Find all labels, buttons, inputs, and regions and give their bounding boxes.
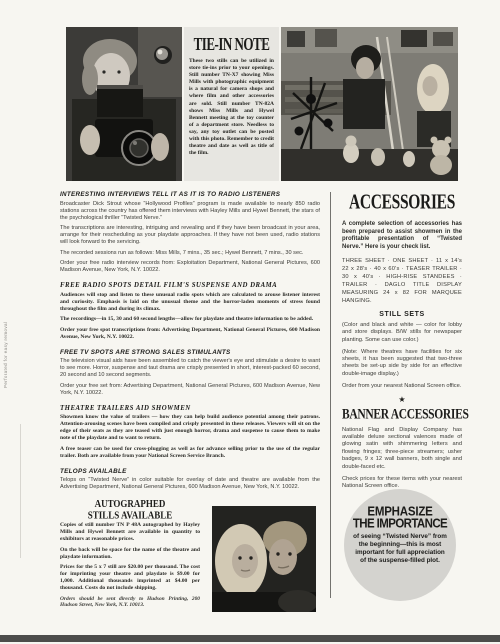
toy-counter-still-illustration <box>281 27 458 181</box>
accessories-checklist: THREE SHEET · ONE SHEET · 11 x 14's 22 x… <box>342 257 462 305</box>
section-heading: TELOPS AVAILABLE <box>60 468 320 475</box>
page-bottom-edge <box>0 635 500 642</box>
tie-in-note-panel: TIE-IN NOTE These two stills can be util… <box>184 27 279 181</box>
camera-still-illustration <box>66 27 182 181</box>
still-sets-heading: STILL SETS <box>342 311 462 318</box>
stars-closeup-illustration <box>212 506 316 612</box>
section-paragraph: On the back will be space for the name o… <box>60 547 200 561</box>
fold-line <box>20 424 21 558</box>
section-heading: FREE TV SPOTS ARE STRONG SALES STIMULANT… <box>60 349 320 356</box>
section-paragraph: The television visual aids have been ass… <box>60 358 320 379</box>
section-paragraph: A free teaser can be used for cross-plug… <box>60 446 320 460</box>
left-column: INTERESTING INTERVIEWS TELL IT AS IT IS … <box>60 191 320 623</box>
still-sets-paragraph: (Note: Where theatres have facilities fo… <box>342 349 462 379</box>
accessories-intro: A complete selection of accessories has … <box>342 221 462 252</box>
section-paragraph: The recordings—in 15, 30 and 60 second l… <box>60 316 320 323</box>
right-column: ACCESSORIES A complete selection of acce… <box>342 191 462 491</box>
order-note: Orders should be sent directly to Hudson… <box>60 596 200 610</box>
emphasis-body: of seeing “Twisted Nerve” from the begin… <box>344 531 456 565</box>
section-paragraph: Telops on “Twisted Nerve” in color suita… <box>60 477 320 491</box>
still-photo-toy-counter <box>281 27 458 181</box>
section-autographed-stills: AUTOGRAPHED STILLS AVAILABLE Copies of s… <box>60 499 320 612</box>
section-radio-interviews: INTERESTING INTERVIEWS TELL IT AS IT IS … <box>60 191 320 274</box>
section-paragraph: The recorded sessions run as follows: Mi… <box>60 250 320 257</box>
perforation-note: Perforated for easy removal <box>3 258 14 388</box>
autographed-heading-line1: AUTOGRAPHED <box>95 498 166 510</box>
section-heading: INTERESTING INTERVIEWS TELL IT AS IT IS … <box>60 191 320 198</box>
tie-in-note-body: These two stills can be utilized in stor… <box>189 58 274 157</box>
section-telops: TELOPS AVAILABLE Telops on “Twisted Nerv… <box>60 468 320 492</box>
section-paragraph: Order your free radio interview records … <box>60 260 320 274</box>
section-trailers: THEATRE TRAILERS AID SHOWMEN Showmen kno… <box>60 405 320 460</box>
section-paragraph: The transcriptions are interesting, intr… <box>60 225 320 246</box>
section-paragraph: Prices for the 5 x 7 still are $20.00 pe… <box>60 564 200 592</box>
autographed-heading: AUTOGRAPHED STILLS AVAILABLE <box>60 499 200 521</box>
section-tv-spots: FREE TV SPOTS ARE STRONG SALES STIMULANT… <box>60 349 320 397</box>
section-heading: FREE RADIO SPOTS DETAIL FILM'S SUSPENSE … <box>60 282 320 289</box>
still-sets-paragraph: Order from your nearest National Screen … <box>342 383 462 390</box>
section-paragraph: Broadcaster Dick Strout whose “Hollywood… <box>60 201 320 222</box>
column-divider <box>330 192 331 598</box>
autographed-heading-line2: STILLS AVAILABLE <box>88 509 172 521</box>
banner-accessories-heading: BANNER ACCESSORIES <box>342 407 462 423</box>
section-paragraph: Order your free set from: Advertising De… <box>60 383 320 397</box>
autographed-text-block: AUTOGRAPHED STILLS AVAILABLE Copies of s… <box>60 499 200 612</box>
section-paragraph: Audiences will stop and listen to these … <box>60 292 320 313</box>
pressbook-page: Perforated for easy removal <box>0 0 500 644</box>
banner-paragraph: National Flag and Display Company has av… <box>342 427 462 471</box>
still-photo-camera <box>66 27 182 181</box>
emphasis-line2: THE IMPORTANCE <box>344 517 456 531</box>
section-radio-spots: FREE RADIO SPOTS DETAIL FILM'S SUSPENSE … <box>60 282 320 341</box>
accessories-heading: ACCESSORIES <box>342 191 462 215</box>
star-divider-icon: ★ <box>342 395 462 404</box>
emphasis-circle: EMPHASIZE THE IMPORTANCE of seeing “Twis… <box>344 489 456 601</box>
tie-in-note-title: TIE-IN NOTE <box>189 34 274 56</box>
section-paragraph: Order your free spot transcriptions from… <box>60 327 320 341</box>
section-paragraph: Copies of still number TN P 48A autograp… <box>60 522 200 543</box>
section-paragraph: Showmen know the value of trailers — how… <box>60 414 320 442</box>
still-photo-stars-closeup <box>212 506 316 612</box>
still-sets-paragraph: (Color and black and white — color for l… <box>342 322 462 344</box>
section-heading: THEATRE TRAILERS AID SHOWMEN <box>60 405 320 412</box>
